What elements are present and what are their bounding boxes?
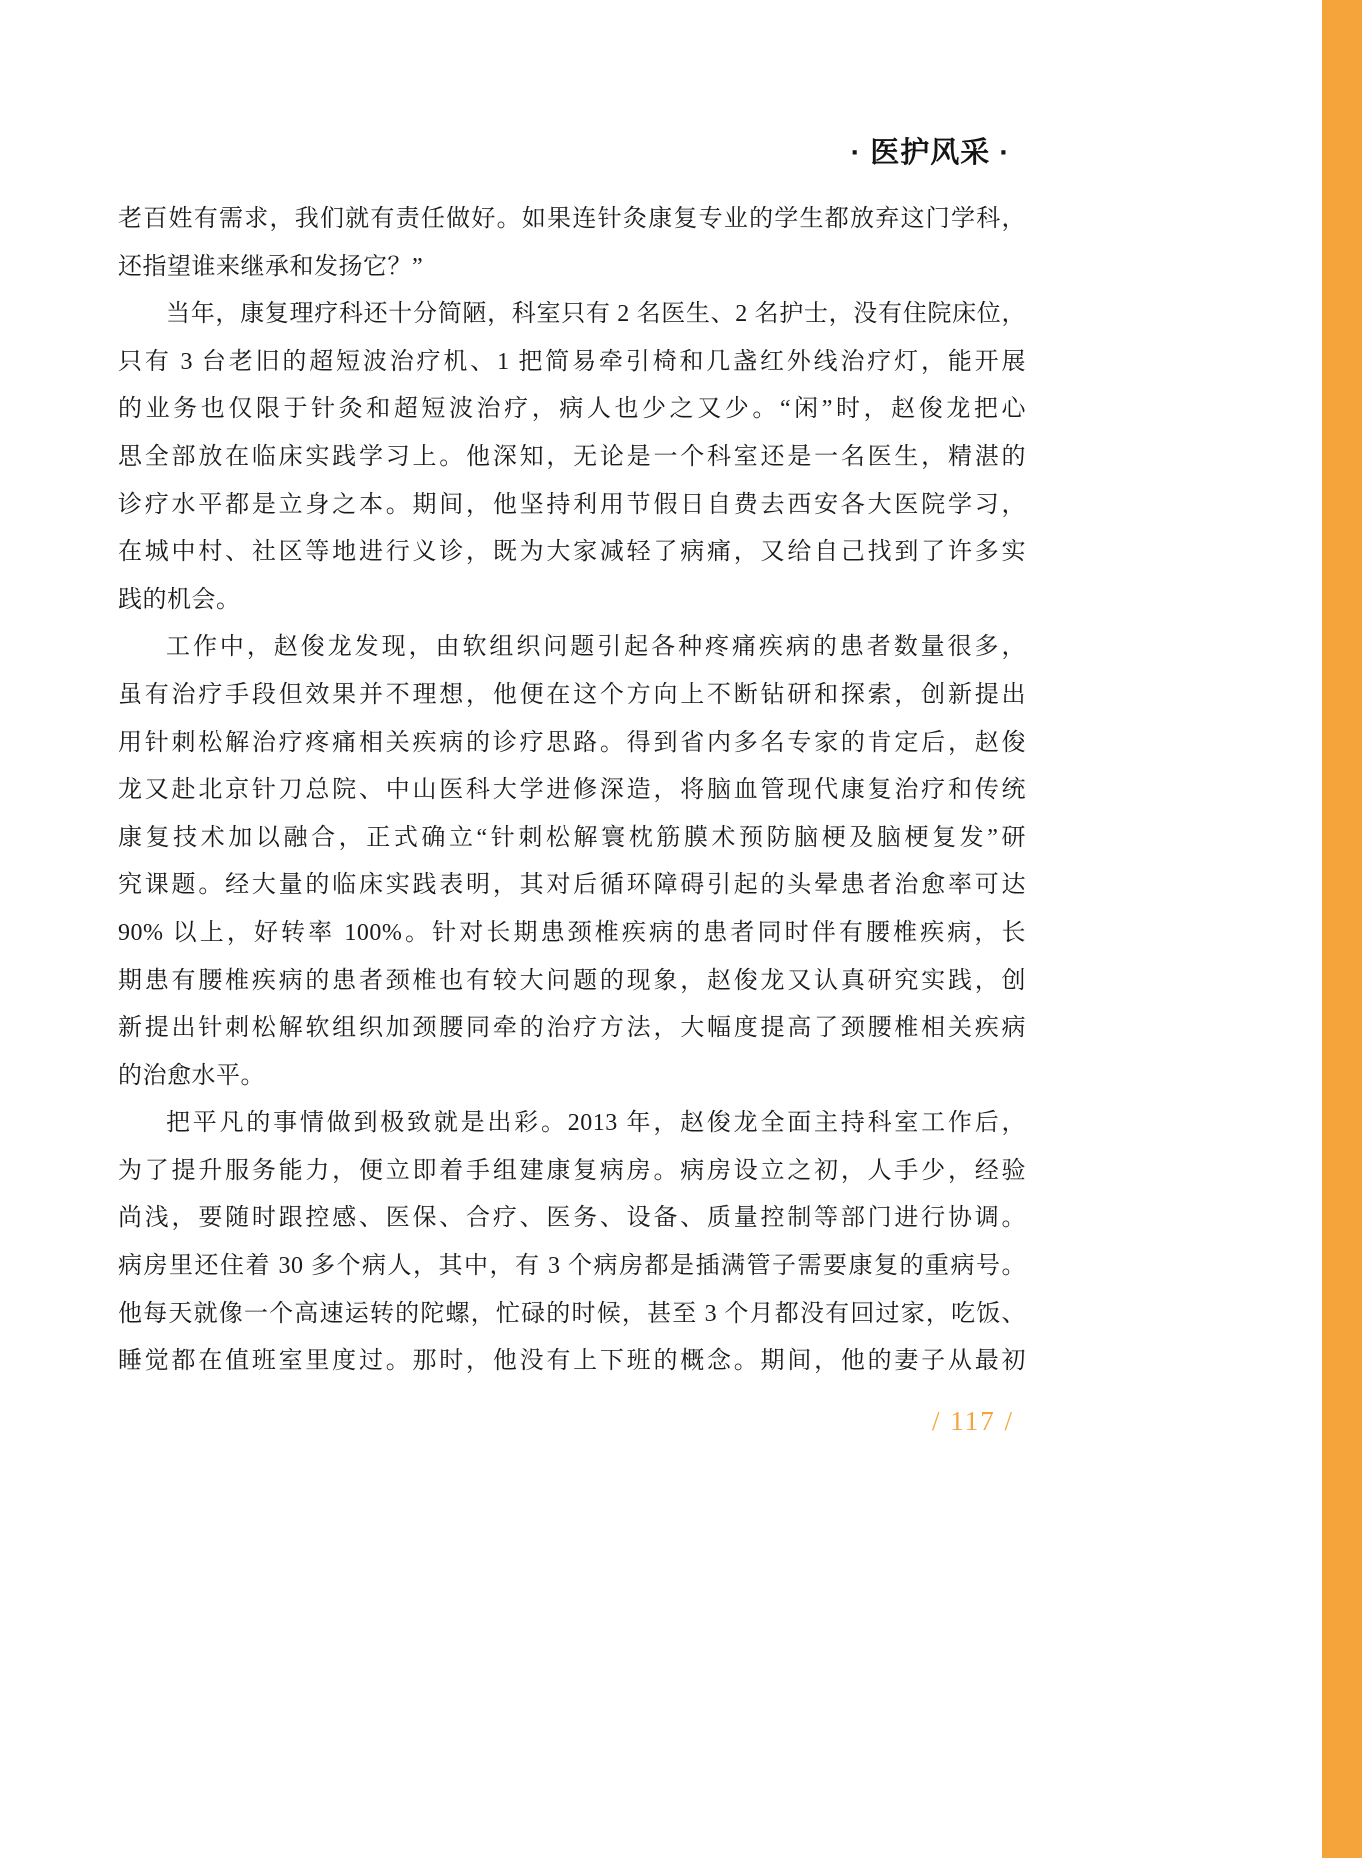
text-line: 的治愈水平。 — [118, 1053, 1026, 1101]
text-line: 诊疗水平都是立身之本。期间，他坚持利用节假日自费去西安各大医院学习， — [118, 482, 1026, 530]
text-line: 90% 以上，好转率 100%。针对长期患颈椎疾病的患者同时伴有腰椎疾病，长 — [118, 910, 1026, 958]
text-line: 病房里还住着 30 多个病人，其中，有 3 个病房都是插满管子需要康复的重病号。 — [118, 1243, 1026, 1291]
text-line: 只有 3 台老旧的超短波治疗机、1 把简易牵引椅和几盏红外线治疗灯，能开展 — [118, 339, 1026, 387]
text-line: 践的机会。 — [118, 577, 1026, 625]
right-accent-bar — [1322, 0, 1362, 1858]
text-line: 他每天就像一个高速运转的陀螺，忙碌的时候，甚至 3 个月都没有回过家，吃饭、 — [118, 1291, 1026, 1339]
text-line: 用针刺松解治疗疼痛相关疾病的诊疗思路。得到省内多名专家的肯定后，赵俊 — [118, 720, 1026, 768]
text-line: 新提出针刺松解软组织加颈腰同牵的治疗方法，大幅度提高了颈腰椎相关疾病 — [118, 1005, 1026, 1053]
text-line: 究课题。经大量的临床实践表明，其对后循环障碍引起的头晕患者治愈率可达 — [118, 862, 1026, 910]
text-line: 睡觉都在值班室里度过。那时，他没有上下班的概念。期间，他的妻子从最初 — [118, 1338, 1026, 1386]
text-line: 当年，康复理疗科还十分简陋，科室只有 2 名医生、2 名护士，没有住院床位， — [118, 291, 1026, 339]
text-line: 把平凡的事情做到极致就是出彩。2013 年，赵俊龙全面主持科室工作后， — [118, 1100, 1026, 1148]
text-line: 在城中村、社区等地进行义诊，既为大家减轻了病痛，又给自己找到了许多实 — [118, 529, 1026, 577]
text-line: 期患有腰椎疾病的患者颈椎也有较大问题的现象，赵俊龙又认真研究实践，创 — [118, 958, 1026, 1006]
text-line: 的业务也仅限于针灸和超短波治疗，病人也少之又少。“闲”时，赵俊龙把心 — [118, 386, 1026, 434]
text-line: 思全部放在临床实践学习上。他深知，无论是一个科室还是一名医生，精湛的 — [118, 434, 1026, 482]
text-line: 龙又赴北京针刀总院、中山医科大学进修深造，将脑血管现代康复治疗和传统 — [118, 767, 1026, 815]
text-line: 康复技术加以融合，正式确立“针刺松解寰枕筋膜术预防脑梗及脑梗复发”研 — [118, 815, 1026, 863]
section-header: · 医护风采 · — [118, 130, 1010, 171]
text-line: 为了提升服务能力，便立即着手组建康复病房。病房设立之初，人手少，经验 — [118, 1148, 1026, 1196]
text-line: 尚浅，要随时跟控感、医保、合疗、医务、设备、质量控制等部门进行协调。 — [118, 1195, 1026, 1243]
page-number: / 117 / — [118, 1406, 1026, 1437]
text-line: 老百姓有需求，我们就有责任做好。如果连针灸康复专业的学生都放弃这门学科， — [118, 196, 1026, 244]
text-line: 工作中，赵俊龙发现，由软组织问题引起各种疼痛疾病的患者数量很多， — [118, 624, 1026, 672]
article-body: 老百姓有需求，我们就有责任做好。如果连针灸康复专业的学生都放弃这门学科， 还指望… — [118, 196, 1026, 1386]
text-line: 虽有治疗手段但效果并不理想，他便在这个方向上不断钻研和探索，创新提出 — [118, 672, 1026, 720]
text-line: 还指望谁来继承和发扬它？” — [118, 244, 1026, 292]
document-page: · 医护风采 · 老百姓有需求，我们就有责任做好。如果连针灸康复专业的学生都放弃… — [0, 0, 1362, 1858]
